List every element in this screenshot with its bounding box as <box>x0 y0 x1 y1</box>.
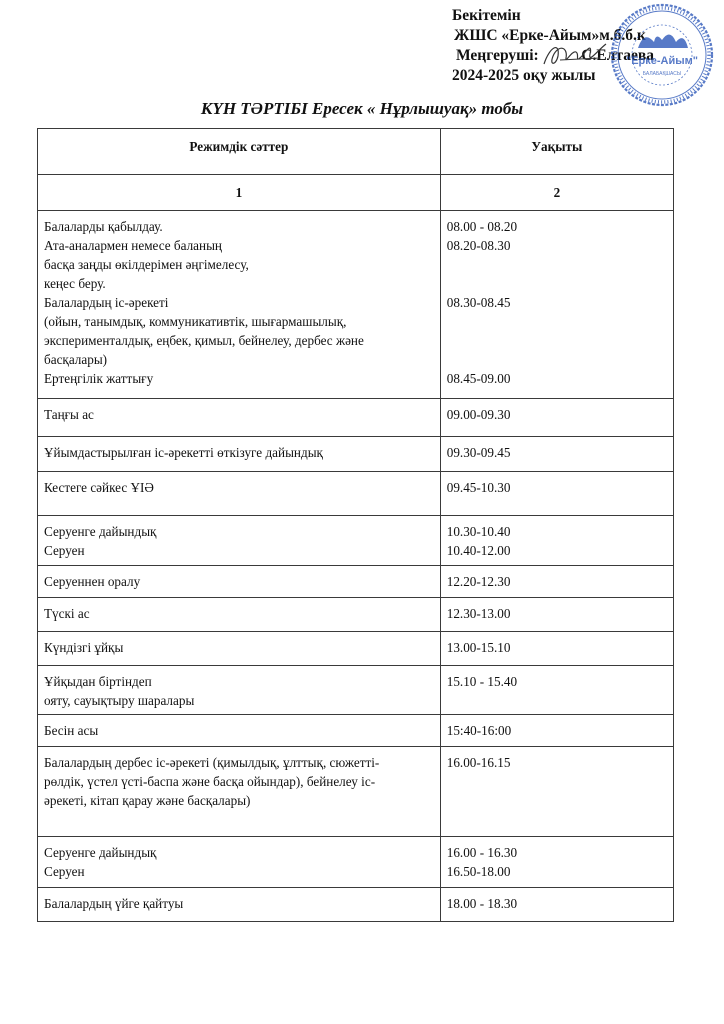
activity-cell: Серуеннен оралу <box>38 566 441 598</box>
activity-text: Бесін асы <box>44 721 434 740</box>
activity-text: Балалардың іс-әрекеті <box>44 293 434 312</box>
activity-text: Балаларды қабылдау. <box>44 217 434 236</box>
activity-cell: Түскі ас <box>38 598 441 632</box>
time-cell: 09.30-09.45 <box>440 437 673 472</box>
time-text: 15:40-16:00 <box>447 721 667 740</box>
time-text: 10.30-10.40 <box>447 522 667 541</box>
time-text: 09.00-09.30 <box>447 405 667 424</box>
activity-text: Серуенге дайындық <box>44 843 434 862</box>
activity-cell: Балалардың дербес іс-әрекеті (қимылдық, … <box>38 747 441 837</box>
activity-cell: Серуенге дайындықСеруен <box>38 516 441 566</box>
time-text: 08.00 - 08.20 <box>447 217 667 236</box>
time-cell: 15:40-16:00 <box>440 715 673 747</box>
table-row: Күндізгі ұйқы13.00-15.10 <box>38 632 674 666</box>
activity-text: Түскі ас <box>44 604 434 623</box>
time-cell: 16.00-16.15 <box>440 747 673 837</box>
activity-text: Балалардың дербес іс-әрекеті (қимылдық, … <box>44 753 434 772</box>
activity-text: Серуеннен оралу <box>44 572 434 591</box>
activity-text: Ұйқыдан біртіндеп <box>44 672 434 691</box>
table-row: Бесін асы15:40-16:00 <box>38 715 674 747</box>
activity-text: Балалардың үйге қайтуы <box>44 894 434 913</box>
activity-text: Ертеңгілік жаттығу <box>44 369 434 388</box>
time-cell: 12.20-12.30 <box>440 566 673 598</box>
time-text <box>447 274 667 293</box>
time-text: 16.00 - 16.30 <box>447 843 667 862</box>
activity-cell: Таңғы ас <box>38 399 441 437</box>
time-cell: 09.45-10.30 <box>440 472 673 516</box>
time-text: 08.30-08.45 <box>447 293 667 312</box>
column-number-2: 2 <box>440 175 673 211</box>
time-text: 12.20-12.30 <box>447 572 667 591</box>
table-header-row: Режимдік сәттер Уақыты <box>38 129 674 175</box>
table-row: Ұйқыдан біртіндепояту, сауықтыру шаралар… <box>38 666 674 715</box>
table-row: Серуенге дайындықСеруен16.00 - 16.3016.5… <box>38 837 674 888</box>
activity-cell: Балаларды қабылдау.Ата-аналармен немесе … <box>38 211 441 399</box>
activity-text: Серуен <box>44 541 434 560</box>
column-number-1: 1 <box>38 175 441 211</box>
activity-text: басқалары) <box>44 350 434 369</box>
activity-text: Серуенге дайындық <box>44 522 434 541</box>
activity-text: Ата-аналармен немесе баланың <box>44 236 434 255</box>
time-text: 08.45-09.00 <box>447 369 667 388</box>
column-header-activities: Режимдік сәттер <box>38 129 441 175</box>
activity-cell: Балалардың үйге қайтуы <box>38 888 441 922</box>
table-row: Балалардың үйге қайтуы18.00 - 18.30 <box>38 888 674 922</box>
time-cell: 12.30-13.00 <box>440 598 673 632</box>
time-text: 09.30-09.45 <box>447 443 667 462</box>
activity-text: рөлдік, үстел үсті-баспа және басқа ойын… <box>44 772 434 791</box>
svg-text:"Ерке-Айым": "Ерке-Айым" <box>626 55 698 67</box>
time-text: 16.00-16.15 <box>447 753 667 772</box>
activity-text: эксперименталдық, еңбек, қимыл, бейнелеу… <box>44 331 434 350</box>
time-text <box>447 312 667 331</box>
activity-text: кеңес беру. <box>44 274 434 293</box>
time-text: 15.10 - 15.40 <box>447 672 667 691</box>
time-text <box>447 350 667 369</box>
activity-cell: Ұйымдастырылған іс-әрекетті өткізуге дай… <box>38 437 441 472</box>
table-row: Серуеннен оралу12.20-12.30 <box>38 566 674 598</box>
activity-text: Кестеге сәйкес ҰІӘ <box>44 478 434 497</box>
table-row: Түскі ас12.30-13.00 <box>38 598 674 632</box>
table-row: Кестеге сәйкес ҰІӘ09.45-10.30 <box>38 472 674 516</box>
activity-text: Күндізгі ұйқы <box>44 638 434 657</box>
column-number-row: 1 2 <box>38 175 674 211</box>
activity-cell: Ұйқыдан біртіндепояту, сауықтыру шаралар… <box>38 666 441 715</box>
time-cell: 13.00-15.10 <box>440 632 673 666</box>
table-row: Балалардың дербес іс-әрекеті (қимылдық, … <box>38 747 674 837</box>
activity-text: әрекеті, кітап қарау және басқалары) <box>44 791 434 810</box>
activity-cell: Күндізгі ұйқы <box>38 632 441 666</box>
time-text: 08.20-08.30 <box>447 236 667 255</box>
activity-cell: Бесін асы <box>38 715 441 747</box>
time-cell: 10.30-10.4010.40-12.00 <box>440 516 673 566</box>
schedule-body: Балаларды қабылдау.Ата-аналармен немесе … <box>38 211 674 922</box>
time-text <box>447 331 667 350</box>
activity-text: Серуен <box>44 862 434 881</box>
table-row: Серуенге дайындықСеруен10.30-10.4010.40-… <box>38 516 674 566</box>
time-cell: 09.00-09.30 <box>440 399 673 437</box>
activity-text: басқа заңды өкілдерімен әңгімелесу, <box>44 255 434 274</box>
time-cell: 18.00 - 18.30 <box>440 888 673 922</box>
time-text: 10.40-12.00 <box>447 541 667 560</box>
svg-text:БАЛАБАҚШАСЫ: БАЛАБАҚШАСЫ <box>643 71 682 77</box>
table-row: Таңғы ас09.00-09.30 <box>38 399 674 437</box>
activity-text: Ұйымдастырылған іс-әрекетті өткізуге дай… <box>44 443 434 462</box>
table-row: Ұйымдастырылған іс-әрекетті өткізуге дай… <box>38 437 674 472</box>
time-cell: 08.00 - 08.2008.20-08.3008.30-08.4508.45… <box>440 211 673 399</box>
page-title: КҮН ТӘРТІБІ Ересек « Нұрлышуақ» тобы <box>0 98 724 120</box>
column-header-time: Уақыты <box>440 129 673 175</box>
activity-text: (ойын, танымдық, коммуникативтік, шығарм… <box>44 312 434 331</box>
official-stamp-icon: "Ерке-Айым" БАЛАБАҚШАСЫ <box>598 2 722 108</box>
time-text: 09.45-10.30 <box>447 478 667 497</box>
time-text: 16.50-18.00 <box>447 862 667 881</box>
time-text: 12.30-13.00 <box>447 604 667 623</box>
activity-text: ояту, сауықтыру шаралары <box>44 691 434 710</box>
activity-text: Таңғы ас <box>44 405 434 424</box>
time-text: 18.00 - 18.30 <box>447 894 667 913</box>
activity-cell: Серуенге дайындықСеруен <box>38 837 441 888</box>
time-text <box>447 255 667 274</box>
time-cell: 16.00 - 16.3016.50-18.00 <box>440 837 673 888</box>
time-text: 13.00-15.10 <box>447 638 667 657</box>
activity-cell: Кестеге сәйкес ҰІӘ <box>38 472 441 516</box>
table-row: Балаларды қабылдау.Ата-аналармен немесе … <box>38 211 674 399</box>
daily-schedule-table: Режимдік сәттер Уақыты 1 2 Балаларды қаб… <box>37 128 674 922</box>
time-cell: 15.10 - 15.40 <box>440 666 673 715</box>
